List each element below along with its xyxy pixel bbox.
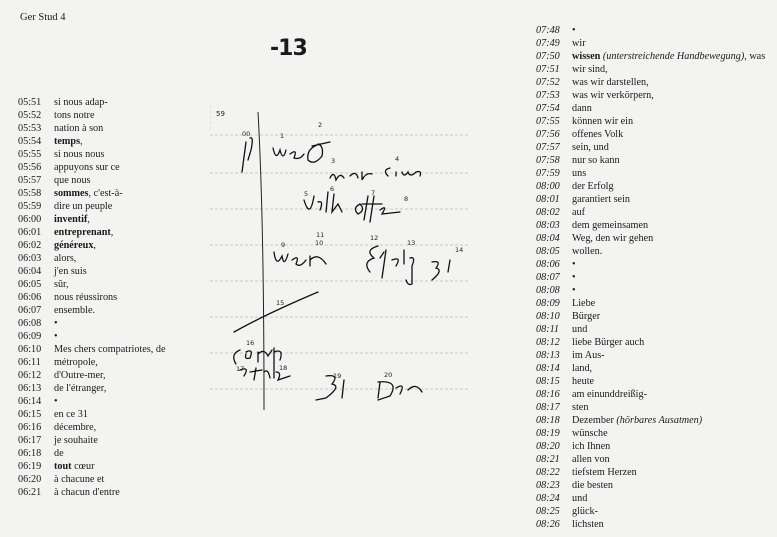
transcript-line: 06:11métropole, <box>18 356 165 369</box>
utterance: sûr, <box>54 278 69 291</box>
transcript-line: 08:07• <box>536 271 765 284</box>
transcript-line: 07:59uns <box>536 167 765 180</box>
utterance-text: Liebe <box>572 298 595 309</box>
timestamp: 05:58 <box>18 187 54 200</box>
timestamp: 08:12 <box>536 336 572 349</box>
annotation-text: (hörbares Ausatmen) <box>616 415 702 426</box>
timestamp: 08:26 <box>536 518 572 531</box>
timestamp: 06:12 <box>18 369 54 382</box>
timestamp: 08:00 <box>536 180 572 193</box>
timestamp: 06:11 <box>18 356 54 369</box>
utterance: wissen (unterstreichende Handbewegung), … <box>572 50 765 63</box>
transcript-line: 08:05wollen. <box>536 245 765 258</box>
utterance: nur so kann <box>572 154 620 167</box>
timestamp: 06:05 <box>18 278 54 291</box>
utterance: dem gemeinsamen <box>572 219 648 232</box>
transcript-line: 07:55können wir ein <box>536 115 765 128</box>
transcript-line: 06:04j'en suis <box>18 265 165 278</box>
transcript-line: 05:51si nous adap- <box>18 96 165 109</box>
utterance-text: wir sind, <box>572 64 608 75</box>
transcript-line: 05:54temps, <box>18 135 165 148</box>
utterance-text: glück- <box>572 506 598 517</box>
utterance: glück- <box>572 505 598 518</box>
utterance-text: de l'étranger, <box>54 383 106 394</box>
transcript-line: 08:12liebe Bürger auch <box>536 336 765 349</box>
utterance: und <box>572 492 587 505</box>
utterance-text: heute <box>572 376 594 387</box>
utterance-text: was wir verkörpern, <box>572 90 654 101</box>
utterance-text: tons notre <box>54 110 94 121</box>
transcript-line: 08:01garantiert sein <box>536 193 765 206</box>
transcript-line: 06:06nous réussirons <box>18 291 165 304</box>
utterance-text: lichsten <box>572 519 604 530</box>
utterance-text: nur so kann <box>572 155 620 166</box>
timestamp: 07:55 <box>536 115 572 128</box>
utterance: tout cœur <box>54 460 94 473</box>
utterance-text: was wir darstellen, <box>572 77 649 88</box>
ref-12: 12 <box>370 234 378 242</box>
timestamp: 08:10 <box>536 310 572 323</box>
ref-7: 7 <box>371 189 375 197</box>
utterance: Mes chers compatriotes, de <box>54 343 165 356</box>
utterance: nous réussirons <box>54 291 117 304</box>
utterance-text: • <box>54 331 58 342</box>
transcript-line: 08:20ich Ihnen <box>536 440 765 453</box>
ref-15: 15 <box>276 299 284 307</box>
timestamp: 07:52 <box>536 76 572 89</box>
transcript-line: 05:56appuyons sur ce <box>18 161 165 174</box>
transcript-line: 07:48• <box>536 24 765 37</box>
timestamp: 08:25 <box>536 505 572 518</box>
utterance: appuyons sur ce <box>54 161 120 174</box>
utterance: • <box>572 24 576 37</box>
transcript-line: 08:24und <box>536 492 765 505</box>
transcript-line: 07:56offenes Volk <box>536 128 765 141</box>
ref-19: 19 <box>333 372 341 380</box>
transcript-line: 05:59dire un peuple <box>18 200 165 213</box>
ref-20: 20 <box>384 371 392 379</box>
utterance-text: wissen <box>572 51 600 62</box>
utterance: sten <box>572 401 588 414</box>
transcript-line: 08:18Dezember (hörbares Ausatmen) <box>536 414 765 427</box>
timestamp: 06:03 <box>18 252 54 265</box>
utterance: de l'étranger, <box>54 382 106 395</box>
transcript-line: 07:58nur so kann <box>536 154 765 167</box>
transcript-line: 06:21à chacun d'entre <box>18 486 165 499</box>
utterance-text: si nous nous <box>54 149 104 160</box>
utterance: auf <box>572 206 585 219</box>
ref-17: 17 <box>236 365 244 373</box>
timestamp: 08:07 <box>536 271 572 284</box>
timestamp: 05:56 <box>18 161 54 174</box>
transcript-line: 08:21allen von <box>536 453 765 466</box>
utterance-text: auf <box>572 207 585 218</box>
utterance: land, <box>572 362 592 375</box>
ref-10: 10 <box>315 239 323 247</box>
utterance-text: Bürger <box>572 311 600 322</box>
utterance-text: , c'est-à- <box>89 188 123 199</box>
utterance: de <box>54 447 64 460</box>
utterance: ich Ihnen <box>572 440 610 453</box>
utterance: tiefstem Herzen <box>572 466 637 479</box>
utterance-text: • <box>572 285 576 296</box>
timestamp: 06:10 <box>18 343 54 356</box>
utterance: métropole, <box>54 356 98 369</box>
utterance-text: sten <box>572 402 588 413</box>
french-transcript: 05:51si nous adap-05:52tons notre05:53na… <box>18 96 165 499</box>
transcript-line: 07:54dann <box>536 102 765 115</box>
page-label: Ger Stud 4 <box>20 12 66 23</box>
timestamp: 06:13 <box>18 382 54 395</box>
utterance-text: garantiert sein <box>572 194 630 205</box>
transcript-line: 07:57sein, und <box>536 141 765 154</box>
transcript-line: 08:16am einunddreißig- <box>536 388 765 401</box>
utterance-text: liebe Bürger auch <box>572 337 644 348</box>
utterance-text: appuyons sur ce <box>54 162 120 173</box>
transcript-line: 06:20à chacune et <box>18 473 165 486</box>
timestamp: 08:03 <box>536 219 572 232</box>
utterance-text: cœur <box>72 461 95 472</box>
transcript-line: 06:07ensemble. <box>18 304 165 317</box>
utterance-text: de <box>54 448 64 459</box>
timestamp: 07:58 <box>536 154 572 167</box>
transcript-line: 07:51wir sind, <box>536 63 765 76</box>
utterance-text: ich Ihnen <box>572 441 610 452</box>
transcript-line: 06:00inventif, <box>18 213 165 226</box>
utterance-text: Mes chers compatriotes, de <box>54 344 165 355</box>
interpreter-notes-sheet: 59 00 1 2 3 4 5 6 7 8 9 10 11 12 13 14 1… <box>210 100 500 450</box>
utterance: sein, und <box>572 141 609 154</box>
utterance-text: offenes Volk <box>572 129 623 140</box>
utterance: dann <box>572 102 592 115</box>
timestamp: 08:13 <box>536 349 572 362</box>
ref-00: 00 <box>242 130 250 138</box>
utterance: und <box>572 323 587 336</box>
transcript-line: 06:10Mes chers compatriotes, de <box>18 343 165 356</box>
timestamp: 08:19 <box>536 427 572 440</box>
timestamp: 07:56 <box>536 128 572 141</box>
ref-1: 1 <box>280 132 284 140</box>
transcript-line: 08:19wünsche <box>536 427 765 440</box>
utterance: • <box>54 330 58 343</box>
utterance-text: dire un peuple <box>54 201 112 212</box>
utterance-text: tout <box>54 461 72 472</box>
timestamp: 05:59 <box>18 200 54 213</box>
utterance-text: ensemble. <box>54 305 95 316</box>
utterance-text: • <box>572 272 576 283</box>
timestamp: 08:11 <box>536 323 572 336</box>
timestamp: 06:09 <box>18 330 54 343</box>
utterance: que nous <box>54 174 91 187</box>
utterance: können wir ein <box>572 115 633 128</box>
utterance: der Erfolg <box>572 180 614 193</box>
timestamp: 06:21 <box>18 486 54 499</box>
timestamp: 08:18 <box>536 414 572 427</box>
utterance-text: temps <box>54 136 80 147</box>
utterance: Dezember (hörbares Ausatmen) <box>572 414 702 427</box>
utterance: liebe Bürger auch <box>572 336 644 349</box>
timestamp: 08:08 <box>536 284 572 297</box>
timestamp: 08:15 <box>536 375 572 388</box>
timestamp: 05:53 <box>18 122 54 135</box>
transcript-line: 08:22tiefstem Herzen <box>536 466 765 479</box>
utterance-text: am einunddreißig- <box>572 389 647 400</box>
utterance-text: , <box>111 227 114 238</box>
utterance: temps, <box>54 135 83 148</box>
utterance: je souhaite <box>54 434 98 447</box>
utterance: inventif, <box>54 213 90 226</box>
utterance: allen von <box>572 453 610 466</box>
utterance-text: à chacun d'entre <box>54 487 120 498</box>
timestamp: 07:53 <box>536 89 572 102</box>
timestamp: 06:08 <box>18 317 54 330</box>
utterance-text: tiefstem Herzen <box>572 467 637 478</box>
utterance: im Aus- <box>572 349 605 362</box>
timestamp: 06:00 <box>18 213 54 226</box>
utterance: was wir verkörpern, <box>572 89 654 102</box>
transcript-line: 05:55si nous nous <box>18 148 165 161</box>
ref-13: 13 <box>407 239 415 247</box>
transcript-line: 06:13de l'étranger, <box>18 382 165 395</box>
sheet-number: -13 <box>270 36 307 61</box>
notepad-lines <box>210 100 500 450</box>
transcript-line: 07:50wissen (unterstreichende Handbewegu… <box>536 50 765 63</box>
transcript-line: 06:15en ce 31 <box>18 408 165 421</box>
utterance-text: die besten <box>572 480 613 491</box>
utterance: Bürger <box>572 310 600 323</box>
timestamp: 08:24 <box>536 492 572 505</box>
utterance: am einunddreißig- <box>572 388 647 401</box>
utterance: nation à son <box>54 122 103 135</box>
transcript-line: 08:00der Erfolg <box>536 180 765 193</box>
ref-16: 16 <box>246 339 254 347</box>
timestamp: 08:20 <box>536 440 572 453</box>
timestamp: 06:17 <box>18 434 54 447</box>
timestamp: 06:02 <box>18 239 54 252</box>
timestamp: 07:59 <box>536 167 572 180</box>
utterance-text: und <box>572 493 587 504</box>
timestamp: 07:51 <box>536 63 572 76</box>
utterance: was wir darstellen, <box>572 76 649 89</box>
utterance: Weg, den wir gehen <box>572 232 653 245</box>
utterance-text: Dezember <box>572 415 616 426</box>
timestamp: 08:23 <box>536 479 572 492</box>
transcript-line: 08:04Weg, den wir gehen <box>536 232 765 245</box>
utterance: Liebe <box>572 297 595 310</box>
transcript-line: 06:01entreprenant, <box>18 226 165 239</box>
utterance-text: je souhaite <box>54 435 98 446</box>
utterance: si nous nous <box>54 148 104 161</box>
utterance: • <box>572 284 576 297</box>
utterance: ensemble. <box>54 304 95 317</box>
utterance: uns <box>572 167 586 180</box>
timestamp: 07:50 <box>536 50 572 63</box>
transcript-line: 08:10Bürger <box>536 310 765 323</box>
utterance: garantiert sein <box>572 193 630 206</box>
ref-11: 11 <box>316 231 324 239</box>
transcript-line: 05:52tons notre <box>18 109 165 122</box>
utterance-text: sein, und <box>572 142 609 153</box>
transcript-line: 06:03alors, <box>18 252 165 265</box>
utterance: wollen. <box>572 245 602 258</box>
transcript-line: 06:14• <box>18 395 165 408</box>
utterance-text: inventif <box>54 214 87 225</box>
utterance: alors, <box>54 252 76 265</box>
utterance-text: im Aus- <box>572 350 605 361</box>
utterance-text: nation à son <box>54 123 103 134</box>
utterance-text: à chacune et <box>54 474 104 485</box>
timestamp: 08:16 <box>536 388 572 401</box>
utterance-text: nous réussirons <box>54 292 117 303</box>
utterance-text: uns <box>572 168 586 179</box>
utterance-text: land, <box>572 363 592 374</box>
utterance-text: alors, <box>54 253 76 264</box>
utterance-text: en ce 31 <box>54 409 88 420</box>
utterance: lichsten <box>572 518 604 531</box>
timestamp: 05:55 <box>18 148 54 161</box>
ref-2: 2 <box>318 121 322 129</box>
utterance-text: décembre, <box>54 422 96 433</box>
utterance: • <box>54 317 58 330</box>
transcript-line: 06:09• <box>18 330 165 343</box>
utterance-text: dem gemeinsamen <box>572 220 648 231</box>
utterance: tons notre <box>54 109 94 122</box>
utterance-text: , <box>80 136 83 147</box>
utterance: j'en suis <box>54 265 87 278</box>
timestamp: 08:05 <box>536 245 572 258</box>
utterance-text: • <box>572 259 576 270</box>
utterance-text: j'en suis <box>54 266 87 277</box>
corner-number: 59 <box>216 110 225 118</box>
timestamp: 05:57 <box>18 174 54 187</box>
ref-5: 5 <box>304 190 308 198</box>
ref-3: 3 <box>331 157 335 165</box>
transcript-line: 08:02auf <box>536 206 765 219</box>
transcript-line: 08:23die besten <box>536 479 765 492</box>
utterance-text: können wir ein <box>572 116 633 127</box>
transcript-line: 06:19tout cœur <box>18 460 165 473</box>
transcript-line: 08:17sten <box>536 401 765 414</box>
transcript-line: 06:18de <box>18 447 165 460</box>
utterance: offenes Volk <box>572 128 623 141</box>
utterance-text: que nous <box>54 175 91 186</box>
transcript-line: 06:12d'Outre-mer, <box>18 369 165 382</box>
utterance: en ce 31 <box>54 408 88 421</box>
german-transcript: 07:48•07:49wir07:50wissen (unterstreiche… <box>536 24 765 531</box>
ref-6: 6 <box>330 185 334 193</box>
utterance-text: métropole, <box>54 357 98 368</box>
utterance: die besten <box>572 479 613 492</box>
utterance: entreprenant, <box>54 226 113 239</box>
utterance: • <box>572 271 576 284</box>
timestamp: 08:09 <box>536 297 572 310</box>
utterance-text: , <box>93 240 96 251</box>
timestamp: 05:52 <box>18 109 54 122</box>
transcript-line: 06:08• <box>18 317 165 330</box>
utterance-text: der Erfolg <box>572 181 614 192</box>
ref-8: 8 <box>404 195 408 203</box>
utterance: d'Outre-mer, <box>54 369 106 382</box>
utterance-text: wir <box>572 38 586 49</box>
timestamp: 06:06 <box>18 291 54 304</box>
transcript-line: 07:53was wir verkörpern, <box>536 89 765 102</box>
timestamp: 08:14 <box>536 362 572 375</box>
utterance: heute <box>572 375 594 388</box>
transcript-line: 06:02généreux, <box>18 239 165 252</box>
transcript-line: 06:05sûr, <box>18 278 165 291</box>
transcript-line: 08:11und <box>536 323 765 336</box>
utterance-text: Weg, den wir gehen <box>572 233 653 244</box>
utterance-text: dann <box>572 103 592 114</box>
timestamp: 06:04 <box>18 265 54 278</box>
utterance: dire un peuple <box>54 200 112 213</box>
utterance-text: , was <box>744 51 765 62</box>
utterance: • <box>572 258 576 271</box>
transcript-line: 07:52was wir darstellen, <box>536 76 765 89</box>
utterance-text: si nous adap- <box>54 97 108 108</box>
transcript-line: 08:14land, <box>536 362 765 375</box>
timestamp: 06:15 <box>18 408 54 421</box>
timestamp: 08:21 <box>536 453 572 466</box>
timestamp: 08:17 <box>536 401 572 414</box>
utterance-text: wünsche <box>572 428 608 439</box>
annotation-text: (unterstreichende Handbewegung) <box>603 51 744 62</box>
ref-9: 9 <box>281 241 285 249</box>
utterance: wünsche <box>572 427 608 440</box>
transcript-line: 08:26lichsten <box>536 518 765 531</box>
transcript-line: 06:17je souhaite <box>18 434 165 447</box>
transcript-line: 08:03dem gemeinsamen <box>536 219 765 232</box>
utterance-text: allen von <box>572 454 610 465</box>
utterance-text: généreux <box>54 240 93 251</box>
timestamp: 06:18 <box>18 447 54 460</box>
timestamp: 07:49 <box>536 37 572 50</box>
utterance-text: , <box>87 214 90 225</box>
utterance: • <box>54 395 58 408</box>
utterance: à chacune et <box>54 473 104 486</box>
timestamp: 08:22 <box>536 466 572 479</box>
utterance: si nous adap- <box>54 96 108 109</box>
utterance-text: entreprenant <box>54 227 111 238</box>
transcript-line: 05:53nation à son <box>18 122 165 135</box>
timestamp: 08:04 <box>536 232 572 245</box>
transcript-line: 08:06• <box>536 258 765 271</box>
utterance-text: sommes <box>54 188 89 199</box>
timestamp: 06:19 <box>18 460 54 473</box>
transcript-line: 05:57que nous <box>18 174 165 187</box>
utterance: wir sind, <box>572 63 608 76</box>
timestamp: 06:20 <box>18 473 54 486</box>
utterance-text: sûr, <box>54 279 69 290</box>
transcript-line: 07:49wir <box>536 37 765 50</box>
timestamp: 05:51 <box>18 96 54 109</box>
timestamp: 06:07 <box>18 304 54 317</box>
timestamp: 07:54 <box>536 102 572 115</box>
utterance-text: d'Outre-mer, <box>54 370 106 381</box>
timestamp: 08:06 <box>536 258 572 271</box>
timestamp: 08:01 <box>536 193 572 206</box>
timestamp: 08:02 <box>536 206 572 219</box>
utterance: à chacun d'entre <box>54 486 120 499</box>
transcript-line: 08:25glück- <box>536 505 765 518</box>
utterance-text: • <box>572 25 576 36</box>
timestamp: 05:54 <box>18 135 54 148</box>
ref-14: 14 <box>455 246 463 254</box>
transcript-line: 05:58sommes, c'est-à- <box>18 187 165 200</box>
timestamp: 07:57 <box>536 141 572 154</box>
utterance: sommes, c'est-à- <box>54 187 123 200</box>
utterance-text: • <box>54 318 58 329</box>
